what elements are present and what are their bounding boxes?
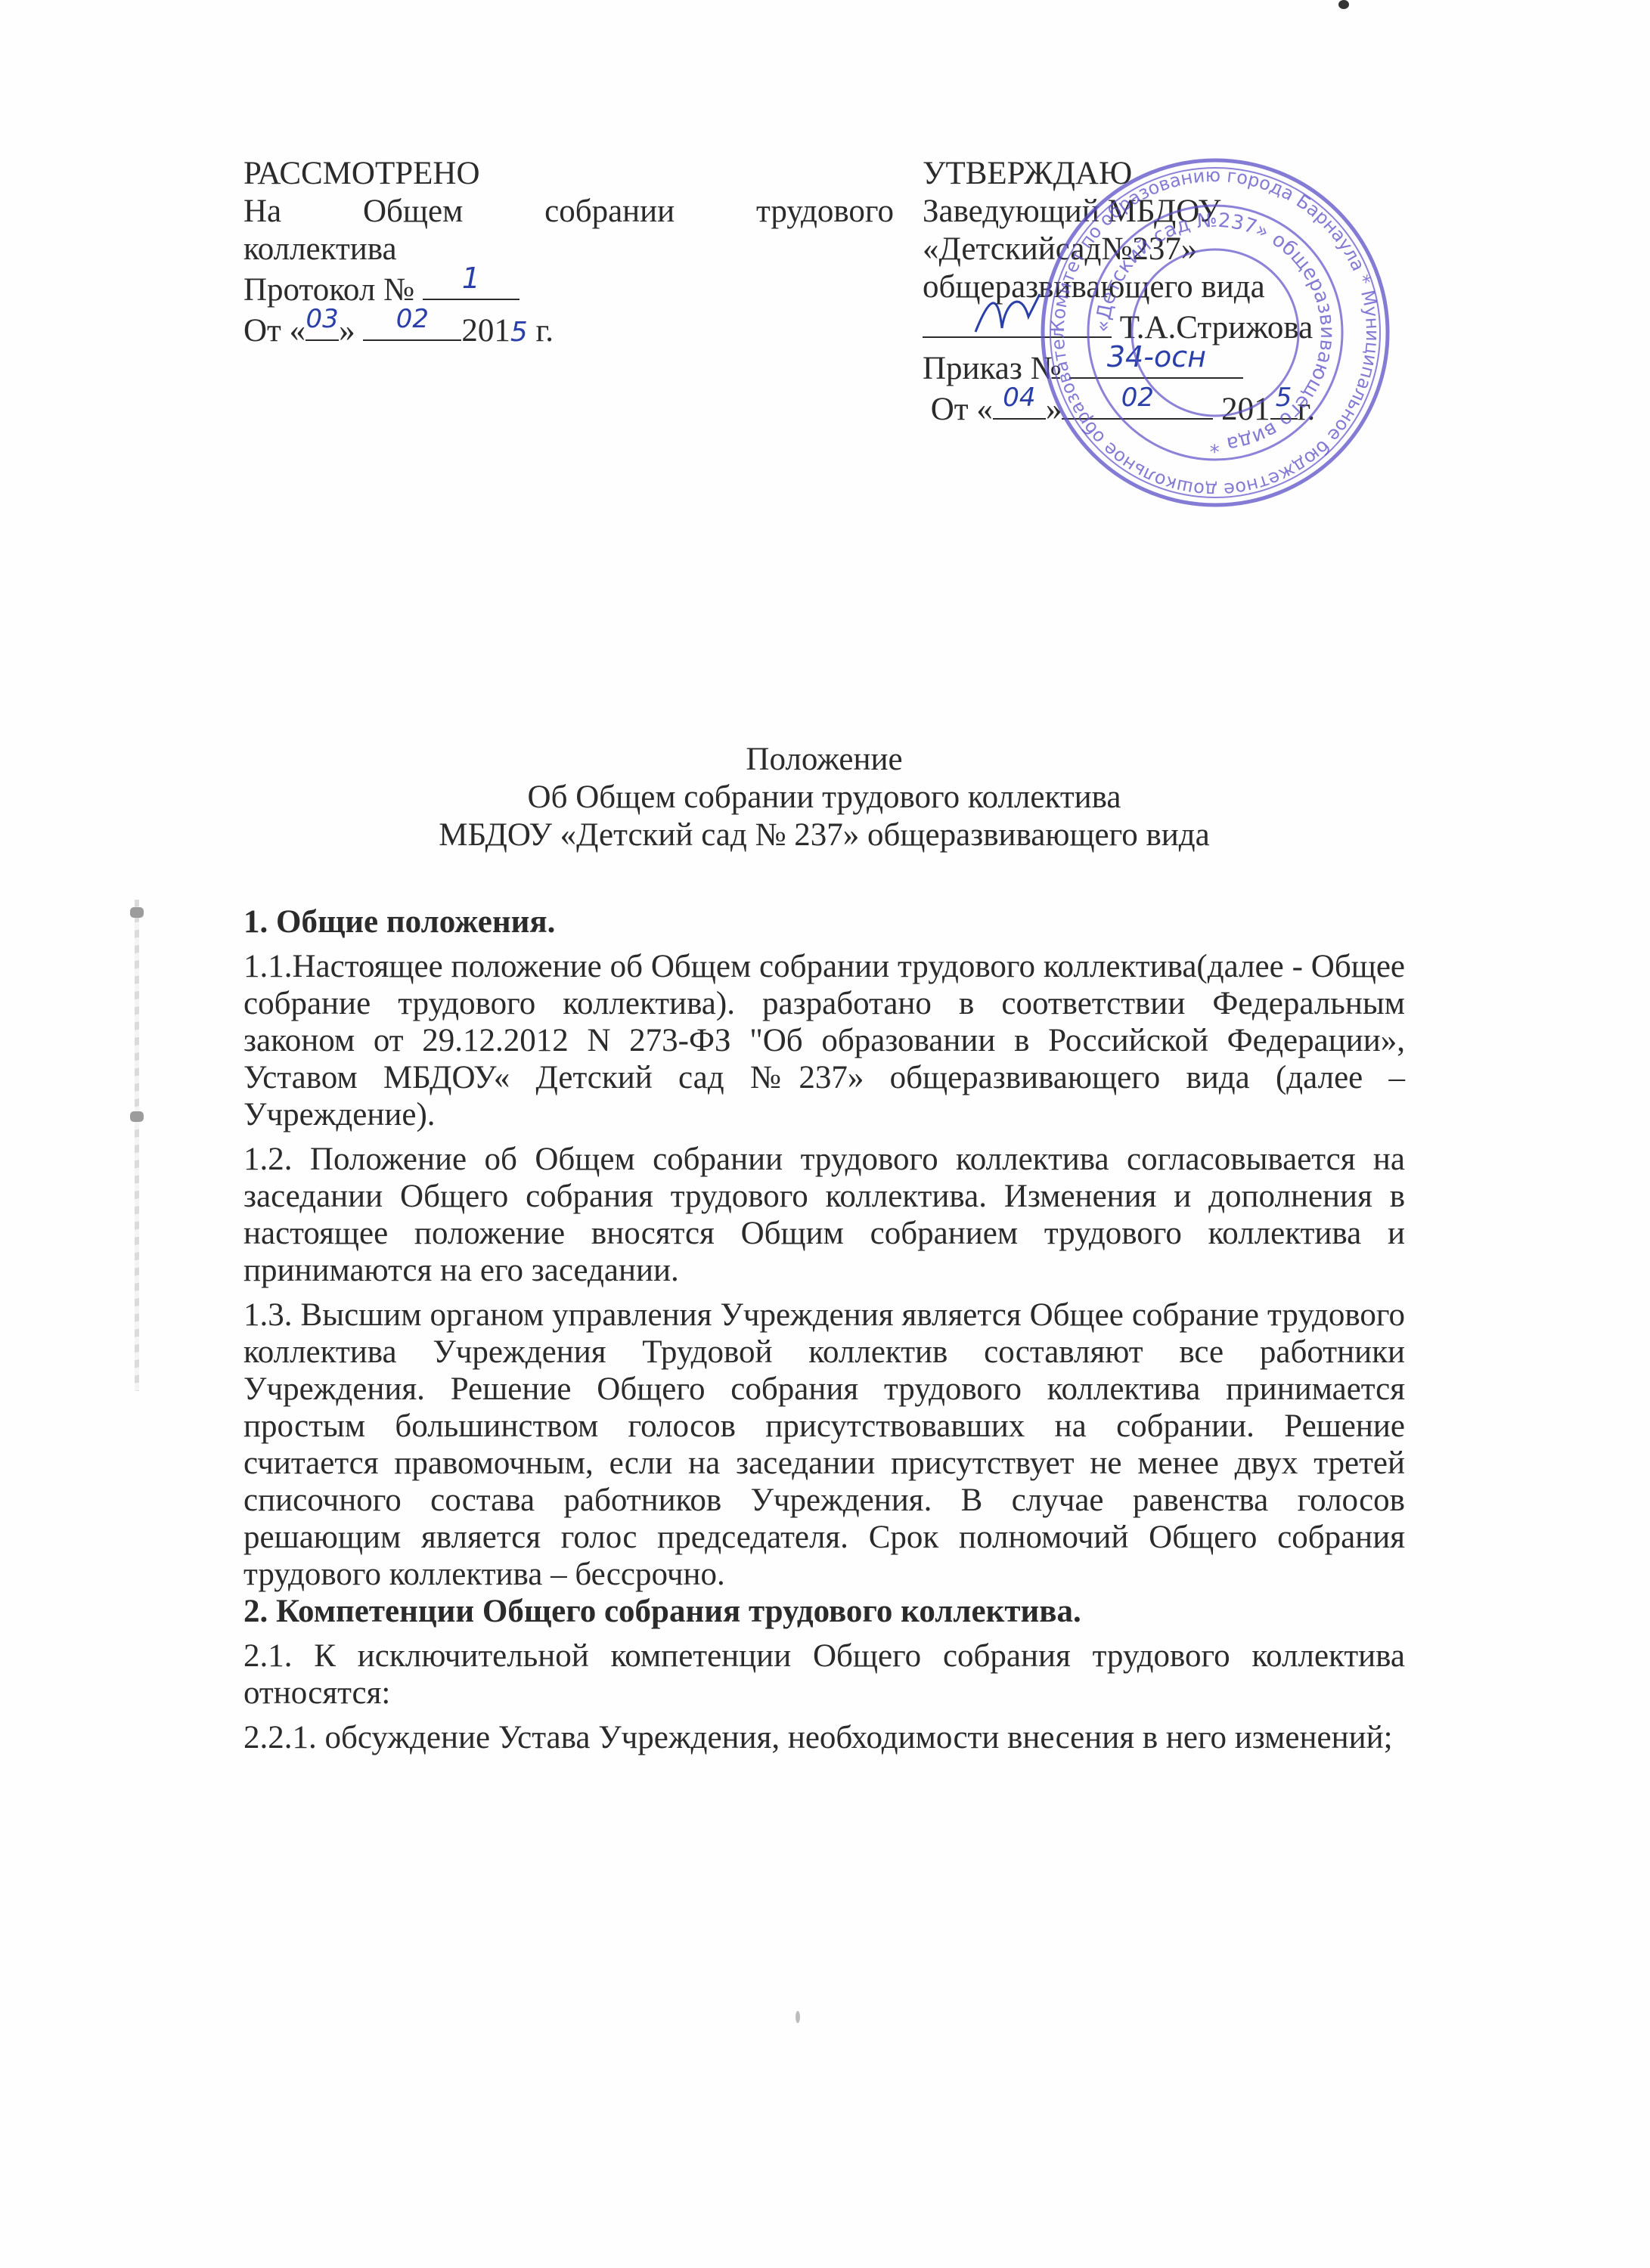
date-month-field: 02 (1062, 388, 1213, 420)
order-number-field: 34-осн (1069, 347, 1243, 379)
paragraph-1-3: 1.3. Высшим органом управления Учреждени… (243, 1297, 1405, 1593)
considered-heading: РАССМОТРЕНО (243, 155, 894, 193)
section-1-heading: 1. Общие положения. (243, 903, 1405, 940)
date-year-digit-handwritten: 5 (510, 317, 528, 348)
approved-heading: УТВЕРЖДАЮ (923, 155, 1452, 193)
paragraph-1-2: 1.2. Положение об Общем собрании трудово… (243, 1141, 1405, 1289)
title-line-2: Об Общем собрании трудового коллектива (243, 779, 1405, 816)
date-day-handwritten: 03 (305, 300, 339, 338)
approved-line-1: Заведующий МБДОУ (923, 193, 1452, 231)
date-prefix: От « (243, 313, 305, 349)
section-2-heading: 2. Компетенции Общего собрания трудового… (243, 1593, 1405, 1630)
date-quote-close: » (1046, 392, 1062, 427)
paragraph-2-2-1: 2.2.1. обсуждение Устава Учреждения, нео… (243, 1719, 1405, 1756)
date-day-handwritten: 04 (993, 379, 1046, 417)
scan-speck (1338, 0, 1349, 9)
document-body: 1. Общие положения. 1.1.Настоящее положе… (243, 903, 1405, 1756)
protocol-number-handwritten: 1 (423, 259, 520, 297)
thread-knot-top (130, 907, 144, 918)
date-year-prefix: 201 (461, 313, 510, 349)
signature-icon (968, 287, 1059, 339)
document-page: РАССМОТРЕНО На Общем собрании трудового … (0, 0, 1650, 2268)
title-line-3: МБДОУ «Детский сад № 237» общеразвивающе… (243, 816, 1405, 854)
approved-line-2: «Детскийсад№237» (923, 231, 1452, 268)
order-number-handwritten: 34-осн (1069, 338, 1243, 376)
date-year-digit-handwritten: 5 (1270, 379, 1298, 417)
scan-speck (796, 2011, 800, 2023)
considered-line-2: коллектива (243, 231, 894, 268)
paragraph-2-1: 2.1. К исключительной компетенции Общего… (243, 1637, 1405, 1712)
binding-thread (135, 900, 139, 1391)
date-quote-close: » (339, 313, 355, 349)
date-month-handwritten: 02 (363, 300, 461, 338)
document-title: Положение Об Общем собрании трудового ко… (243, 741, 1405, 854)
considered-line-1: На Общем собрании трудового (243, 193, 894, 231)
date-day-field: 04 (993, 388, 1046, 420)
date-day-field: 03 (305, 309, 339, 341)
approved-date-line: От «04»02 2015г. (923, 388, 1452, 429)
date-prefix: От « (931, 392, 993, 427)
approval-approved-block: УТВЕРЖДАЮ Заведующий МБДОУ «Детскийсад№2… (923, 155, 1452, 429)
date-suffix: г. (528, 313, 554, 349)
date-suffix: г. (1298, 392, 1316, 427)
protocol-number-field: 1 (423, 268, 520, 300)
considered-date-line: От «03» 022015 г. (243, 309, 894, 352)
title-line-1: Положение (243, 741, 1405, 779)
thread-knot-middle (130, 1111, 144, 1122)
date-month-field: 02 (363, 309, 461, 341)
date-year-field: 5 (1270, 388, 1298, 420)
protocol-line: Протокол № 1 (243, 268, 894, 309)
date-month-handwritten: 02 (1062, 379, 1213, 417)
paragraph-1-1: 1.1.Настоящее положение об Общем собрани… (243, 948, 1405, 1133)
signature-field (923, 306, 1112, 338)
approval-considered-block: РАССМОТРЕНО На Общем собрании трудового … (243, 155, 894, 352)
date-year-prefix: 201 (1221, 392, 1270, 427)
